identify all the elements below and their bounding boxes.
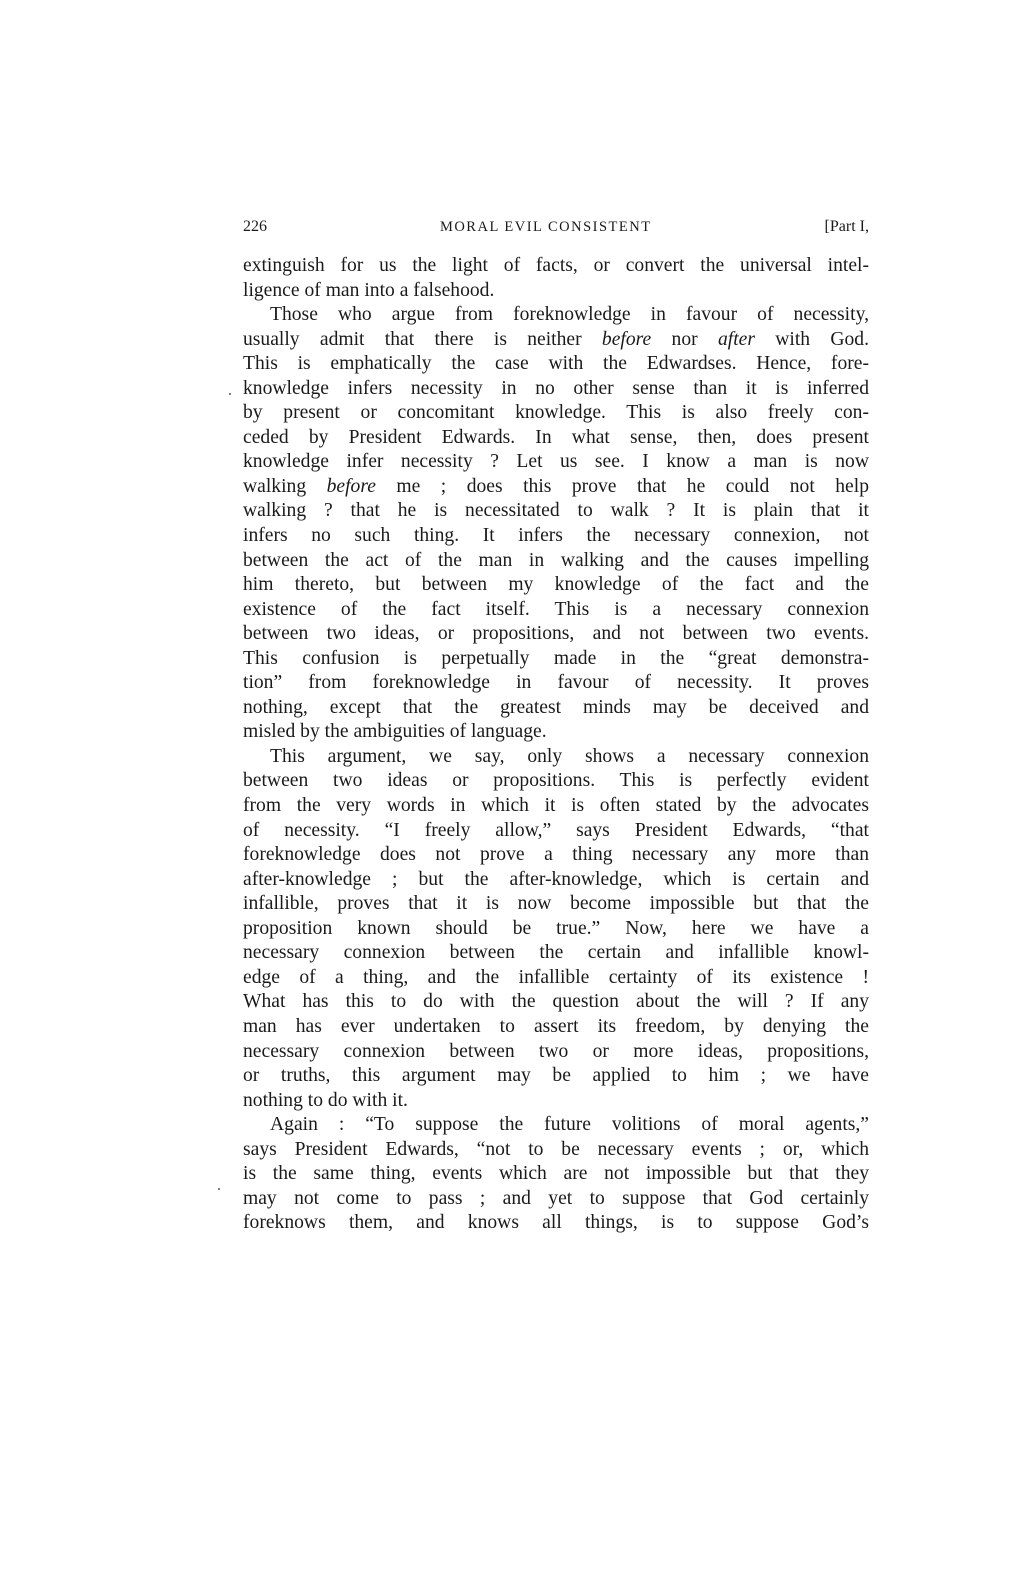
text-line: knowledge infer necessity ? Let us see. … [243,450,869,475]
text-line: Those who argue from foreknowledge in fa… [243,303,869,328]
paragraph: Those who argue from foreknowledge in fa… [243,303,869,745]
text-line: of necessity. “I freely allow,” says Pre… [243,819,869,844]
text-line: by present or concomitant knowledge. Thi… [243,401,869,426]
book-page: 226 MORAL EVIL CONSISTENT [Part I, extin… [243,218,869,1236]
text-line: ligence of man into a falsehood. [243,279,869,304]
text-line: usually admit that there is neither befo… [243,328,869,353]
text-line: This confusion is perpetually made in th… [243,647,869,672]
text-line: What has this to do with the question ab… [243,990,869,1015]
text-line: nothing, except that the greatest minds … [243,696,869,721]
text-line: between the act of the man in walking an… [243,549,869,574]
running-head: 226 MORAL EVIL CONSISTENT [Part I, [243,218,869,240]
text-line: proposition known should be true.” Now, … [243,917,869,942]
text-line: may not come to pass ; and yet to suppos… [243,1187,869,1212]
body-text: extinguish for us the light of facts, or… [243,254,869,1236]
print-speck [229,393,231,395]
page-number: 226 [243,218,267,236]
text-line: him thereto, but between my knowledge of… [243,573,869,598]
text-line: between two ideas, or propositions, and … [243,622,869,647]
text-line: necessary connexion between two or more … [243,1040,869,1065]
text-line: walking ? that he is necessitated to wal… [243,499,869,524]
text-line: existence of the fact itself. This is a … [243,598,869,623]
text-line: nothing to do with it. [243,1089,869,1114]
text-line: says President Edwards, “not to be neces… [243,1138,869,1163]
paragraph: This argument, we say, only shows a nece… [243,745,869,1113]
text-line: ceded by President Edwards. In what sens… [243,426,869,451]
text-line: after-knowledge ; but the after-knowledg… [243,868,869,893]
text-line: walking before me ; does this prove that… [243,475,869,500]
text-line: foreknowledge does not prove a thing nec… [243,843,869,868]
text-line: is the same thing, events which are not … [243,1162,869,1187]
text-line: Again : “To suppose the future volitions… [243,1113,869,1138]
text-line: knowledge infers necessity in no other s… [243,377,869,402]
text-line: extinguish for us the light of facts, or… [243,254,869,279]
text-line: tion” from foreknowledge in favour of ne… [243,671,869,696]
text-line: or truths, this argument may be applied … [243,1064,869,1089]
text-line: This is emphatically the case with the E… [243,352,869,377]
text-line: infallible, proves that it is now become… [243,892,869,917]
text-line: foreknows them, and knows all things, is… [243,1211,869,1236]
text-line: between two ideas or propositions. This … [243,769,869,794]
text-line: This argument, we say, only shows a nece… [243,745,869,770]
running-title: MORAL EVIL CONSISTENT [440,219,652,236]
text-line: infers no such thing. It infers the nece… [243,524,869,549]
print-speck [218,1188,220,1190]
paragraph: extinguish for us the light of facts, or… [243,254,869,303]
text-line: from the very words in which it is often… [243,794,869,819]
section-label: [Part I, [825,218,869,236]
text-line: misled by the ambiguities of language. [243,720,869,745]
text-line: man has ever undertaken to assert its fr… [243,1015,869,1040]
paragraph: Again : “To suppose the future volitions… [243,1113,869,1236]
text-line: necessary connexion between the certain … [243,941,869,966]
text-line: edge of a thing, and the infallible cert… [243,966,869,991]
